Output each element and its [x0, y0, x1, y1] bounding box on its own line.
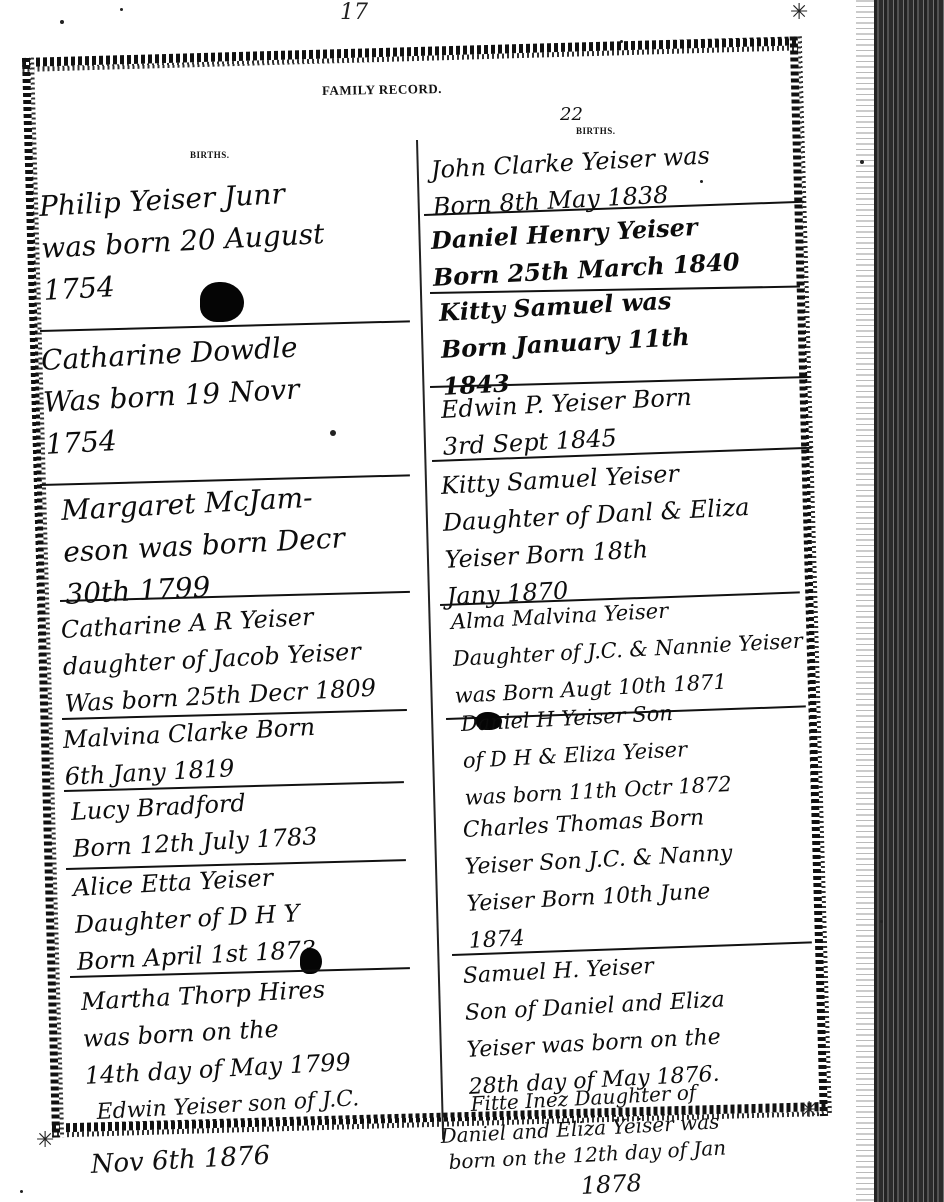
corner-star-icon: ✳ [36, 1130, 54, 1152]
birth-entry-overflow: 1878 [580, 1169, 642, 1200]
birth-entry: Charles Thomas Born Yeiser Son J.C. & Na… [462, 798, 737, 960]
speck [620, 40, 623, 43]
birth-entry: Alma Malvina Yeiser Daughter of J.C. & N… [450, 586, 806, 715]
birth-entry: Philip Yeiser Junr was born 20 August 17… [38, 171, 328, 312]
speck [60, 20, 64, 24]
speck [20, 1190, 23, 1193]
birth-entry: Lucy Bradford Born 12th July 1783 [70, 781, 318, 868]
birth-entry: Catharine A R Yeiser daughter of Jacob Y… [60, 596, 377, 723]
book-spine-edge [874, 0, 944, 1202]
handwritten-page-number: 22 [560, 104, 583, 125]
border-top [22, 36, 802, 72]
page-mark: 17 [340, 0, 368, 25]
corner-star-icon: ✳ [800, 1100, 818, 1122]
birth-entry-overflow: Nov 6th 1876 [90, 1141, 271, 1180]
corner-star-icon: ✳ [790, 2, 808, 24]
speck [330, 430, 336, 436]
births-heading-left: BIRTHS. [190, 150, 229, 160]
speck [700, 180, 703, 183]
ink-blot [200, 282, 244, 322]
birth-entry: Catharine Dowdle Was born 19 Novr 1754 [40, 327, 303, 466]
birth-entry: Daniel H Yeiser Son of D H & Eliza Yeise… [460, 692, 733, 817]
birth-entry: Alice Etta Yeiser Daughter of D H Y Born… [72, 857, 317, 980]
speck [860, 160, 864, 164]
birth-entry: Martha Thorp Hires was born on the 14th … [80, 970, 352, 1095]
page-title: FAMILY RECORD. [322, 81, 442, 99]
speck [120, 8, 123, 11]
births-heading-right: BIRTHS. [576, 126, 615, 136]
speck [880, 920, 883, 923]
border-right [790, 36, 832, 1116]
